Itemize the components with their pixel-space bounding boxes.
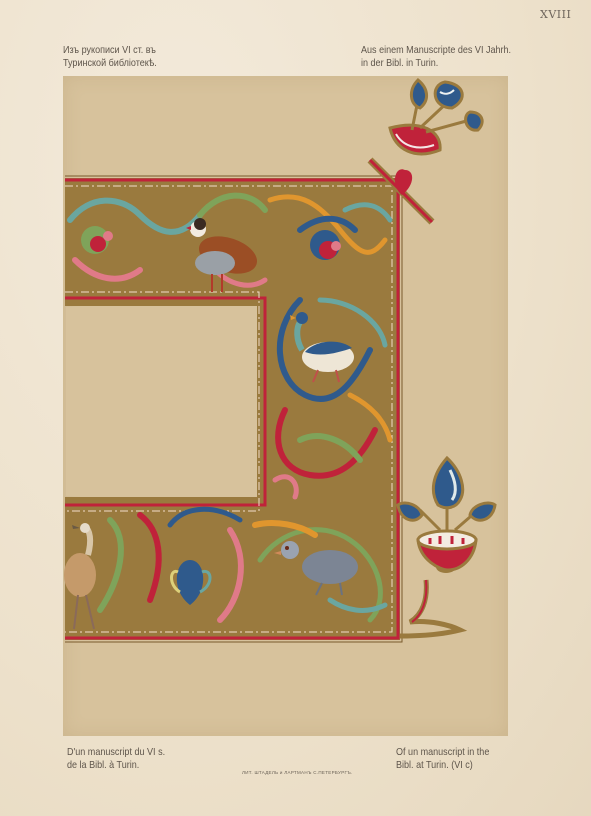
caption-line: D'un manuscript du VI s. xyxy=(67,746,165,759)
illuminated-border-illustration xyxy=(0,0,591,816)
caption-line: de la Bibl. à Turin. xyxy=(67,759,165,772)
chalice-ornament-bottom xyxy=(398,458,495,636)
caption-line: Of un manuscript in the xyxy=(396,746,489,759)
caption-french: D'un manuscript du VI s. de la Bibl. à T… xyxy=(67,746,165,772)
caption-line: Bibl. at Turin. (VI c) xyxy=(396,759,489,772)
caption-english: Of un manuscript in the Bibl. at Turin. … xyxy=(396,746,489,772)
printer-credit: ЛИТ. ШТАДЕЛЬ и ЛАРТМАНЪ С.ПЕТЕРБУРГЪ. xyxy=(242,770,353,775)
